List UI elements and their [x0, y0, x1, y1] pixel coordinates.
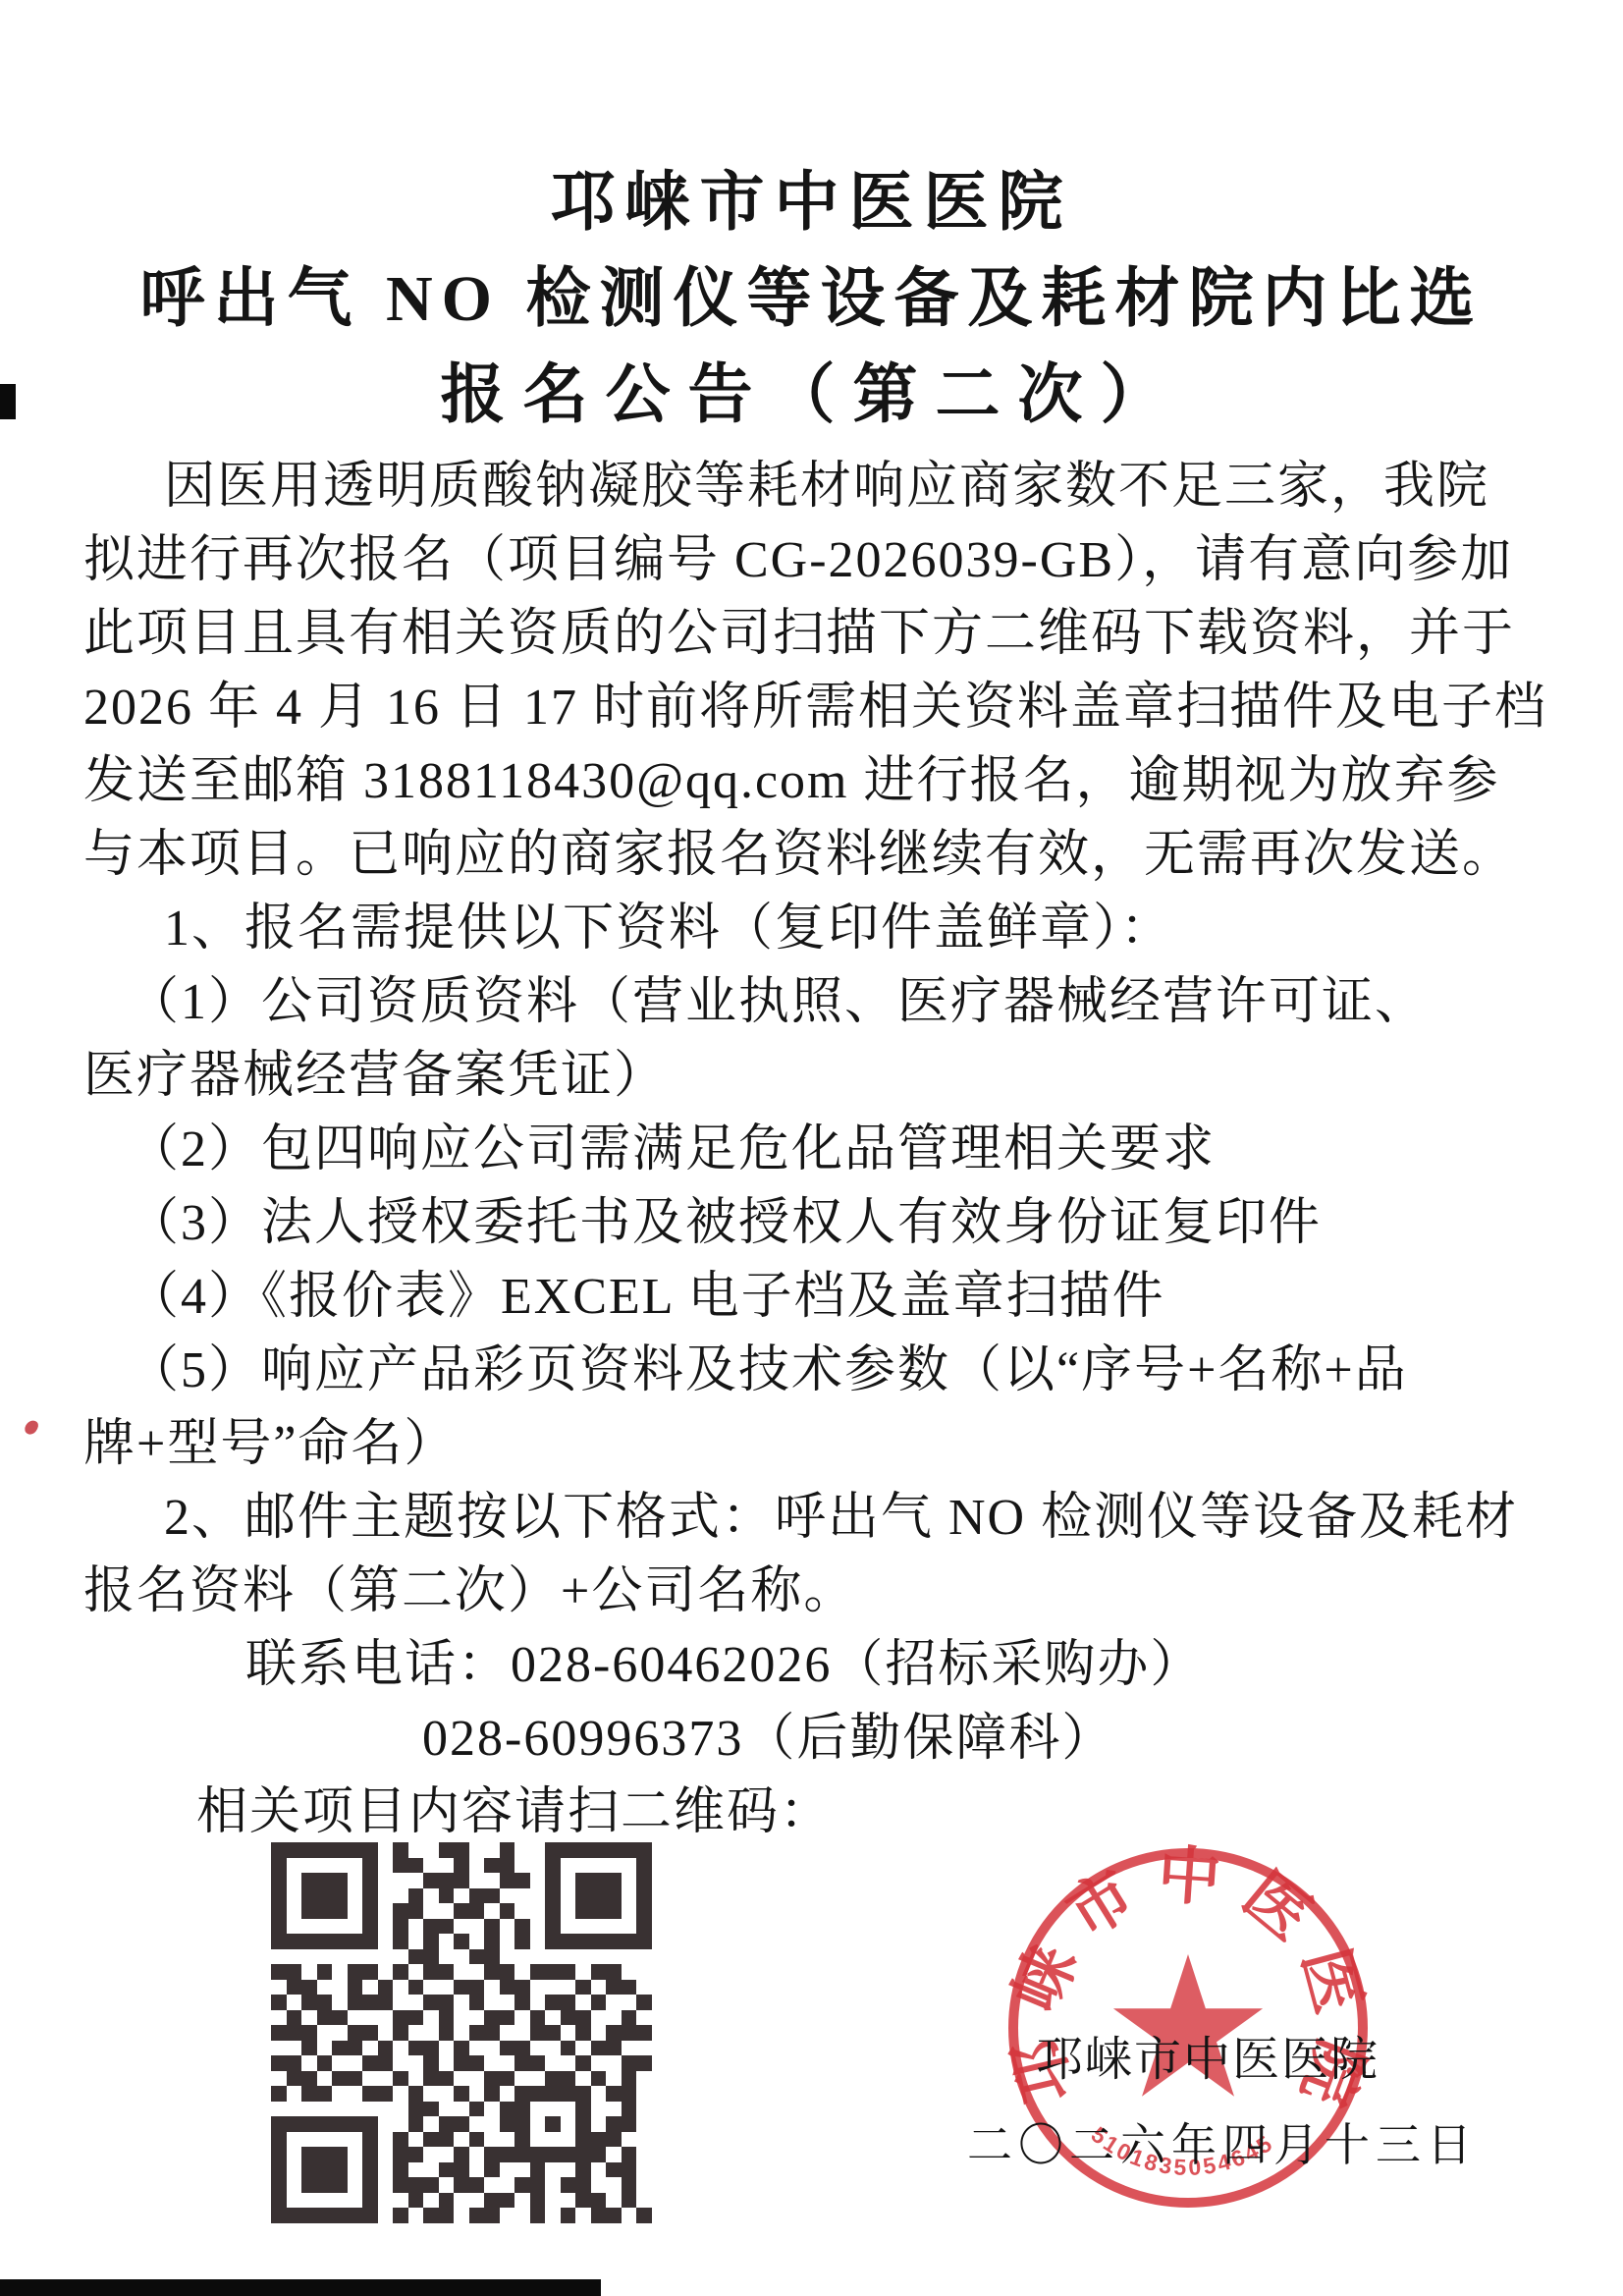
body-line: 报名资料（第二次）+公司名称。	[83, 1555, 1546, 1628]
body-line-item-1-1: （1）公司资质资料（营业执照、医疗器械经营许可证、	[83, 965, 1546, 1039]
body-line-item-1-5: （5）响应产品彩页资料及技术参数（以“序号+名称+品	[83, 1334, 1546, 1407]
body-line-email: 发送至邮箱 3188118430@qq.com 进行报名，逾期视为放弃参	[83, 744, 1546, 818]
body-line-item-2: 2、邮件主题按以下格式：呼出气 NO 检测仪等设备及耗材	[83, 1481, 1546, 1555]
body-line: 因医用透明质酸钠凝胶等耗材响应商家数不足三家，我院	[83, 450, 1546, 523]
body-line-item-1-4: （4）《报价表》EXCEL 电子档及盖章扫描件	[83, 1260, 1546, 1334]
body-line-item-1: 1、报名需提供以下资料（复印件盖鲜章）：	[83, 892, 1546, 965]
body-line: 医疗器械经营备案凭证）	[83, 1039, 1546, 1113]
body-line: 2026 年 4 月 16 日 17 时前将所需相关资料盖章扫描件及电子档	[83, 671, 1546, 744]
qr-code	[271, 1842, 652, 2223]
signature-date: 二〇二六年四月十三日	[967, 2109, 1478, 2174]
body-line-item-1-2: （2）包四响应公司需满足危化品管理相关要求	[83, 1113, 1546, 1186]
scanned-announcement-page: 邛崃市中医医院 呼出气 NO 检测仪等设备及耗材院内比选 报名公告（第二次） 因…	[0, 0, 1623, 2296]
body-line: 牌+型号”命名）	[83, 1407, 1546, 1481]
title-announcement-type: 报名公告（第二次）	[0, 348, 1623, 444]
announcement-body: 因医用透明质酸钠凝胶等耗材响应商家数不足三家，我院 拟进行再次报名（项目编号 C…	[83, 450, 1546, 1849]
body-line-phone-2: 028-60996373（后勤保障科）	[83, 1702, 1546, 1776]
body-line: 此项目且具有相关资质的公司扫描下方二维码下载资料，并于	[83, 597, 1546, 671]
scan-artifact-bottom-bar	[0, 2279, 601, 2296]
title-project-name: 呼出气 NO 检测仪等设备及耗材院内比选	[0, 251, 1623, 348]
body-line: 拟进行再次报名（项目编号 CG-2026039-GB），请有意向参加	[83, 523, 1546, 597]
scan-artifact-red-speck	[23, 1418, 40, 1437]
signature-hospital-name: 邛崃市中医医院	[1036, 2021, 1380, 2089]
body-line-item-1-3: （3）法人授权委托书及被授权人有效身份证复印件	[83, 1186, 1546, 1260]
body-line-phone-1: 联系电话：028-60462026（招标采购办）	[83, 1628, 1546, 1702]
body-line: 与本项目。已响应的商家报名资料继续有效，无需再次发送。	[83, 818, 1546, 892]
document-title: 邛崃市中医医院 呼出气 NO 检测仪等设备及耗材院内比选 报名公告（第二次）	[0, 155, 1623, 444]
title-hospital-name: 邛崃市中医医院	[0, 155, 1623, 251]
